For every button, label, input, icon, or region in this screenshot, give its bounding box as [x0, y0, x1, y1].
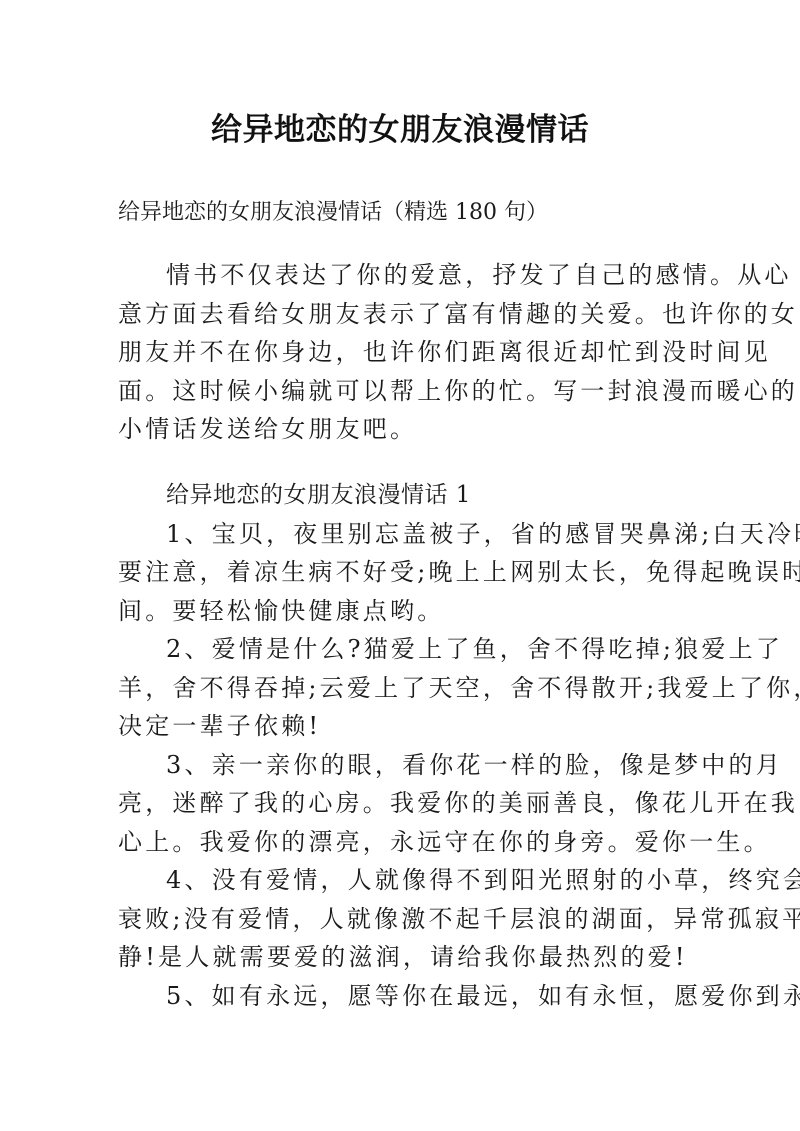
- intro-line: 朋友并不在你身边，也许你们距离很近却忙到没时间见: [118, 333, 680, 372]
- list-item-line: 心上。我爱你的漂亮，永远守在你的身旁。爱你一生。: [118, 823, 680, 862]
- document-page: 给异地恋的女朋友浪漫情话 给异地恋的女朋友浪漫情话（精选 180 句） 情书不仅…: [0, 0, 800, 1131]
- list-item-line: 决定一辈子依赖!: [118, 707, 680, 746]
- list-item-line: 5、如有永远，愿等你在最远，如有永恒，愿爱你到永: [118, 977, 680, 1016]
- intro-line: 小情话发送给女朋友吧。: [118, 410, 680, 449]
- list-item-line: 间。要轻松愉快健康点哟。: [118, 592, 680, 631]
- list-item-line: 1、宝贝，夜里别忘盖被子，省的感冒哭鼻涕;白天冷暖: [118, 515, 680, 554]
- list-item-4: 4、没有爱情，人就像得不到阳光照射的小草，终究会 衰败;没有爱情，人就像激不起千…: [118, 861, 680, 977]
- list-item-line: 4、没有爱情，人就像得不到阳光照射的小草，终究会: [118, 861, 680, 900]
- document-title: 给异地恋的女朋友浪漫情话: [0, 108, 800, 152]
- section-heading: 给异地恋的女朋友浪漫情话 1: [118, 476, 680, 515]
- intro-line: 情书不仅表达了你的爱意，抒发了自己的感情。从心: [118, 256, 680, 295]
- list-item-line: 静!是人就需要爱的滋润，请给我你最热烈的爱!: [118, 938, 680, 977]
- section-1: 给异地恋的女朋友浪漫情话 1 1、宝贝，夜里别忘盖被子，省的感冒哭鼻涕;白天冷暖…: [118, 476, 680, 1015]
- list-item-line: 2、爱情是什么?猫爱上了鱼，舍不得吃掉;狼爱上了: [118, 630, 680, 669]
- intro-paragraph: 情书不仅表达了你的爱意，抒发了自己的感情。从心 意方面去看给女朋友表示了富有情趣…: [118, 256, 680, 449]
- document-subtitle: 给异地恋的女朋友浪漫情话（精选 180 句）: [118, 198, 548, 228]
- list-item-line: 3、亲一亲你的眼，看你花一样的脸，像是梦中的月: [118, 746, 680, 785]
- list-item-3: 3、亲一亲你的眼，看你花一样的脸，像是梦中的月 亮，迷醉了我的心房。我爱你的美丽…: [118, 746, 680, 862]
- list-item-1: 1、宝贝，夜里别忘盖被子，省的感冒哭鼻涕;白天冷暖 要注意，着凉生病不好受;晚上…: [118, 515, 680, 631]
- list-item-line: 羊，舍不得吞掉;云爱上了天空，舍不得散开;我爱上了你，: [118, 669, 680, 708]
- intro-line: 意方面去看给女朋友表示了富有情趣的关爱。也许你的女: [118, 295, 680, 334]
- list-item-line: 衰败;没有爱情，人就像激不起千层浪的湖面，异常孤寂平: [118, 900, 680, 939]
- list-item-2: 2、爱情是什么?猫爱上了鱼，舍不得吃掉;狼爱上了 羊，舍不得吞掉;云爱上了天空，…: [118, 630, 680, 746]
- list-item-5: 5、如有永远，愿等你在最远，如有永恒，愿爱你到永: [118, 977, 680, 1016]
- list-item-line: 亮，迷醉了我的心房。我爱你的美丽善良，像花儿开在我: [118, 784, 680, 823]
- intro-line: 面。这时候小编就可以帮上你的忙。写一封浪漫而暖心的: [118, 372, 680, 411]
- list-item-line: 要注意，着凉生病不好受;晚上上网别太长，免得起晚误时: [118, 553, 680, 592]
